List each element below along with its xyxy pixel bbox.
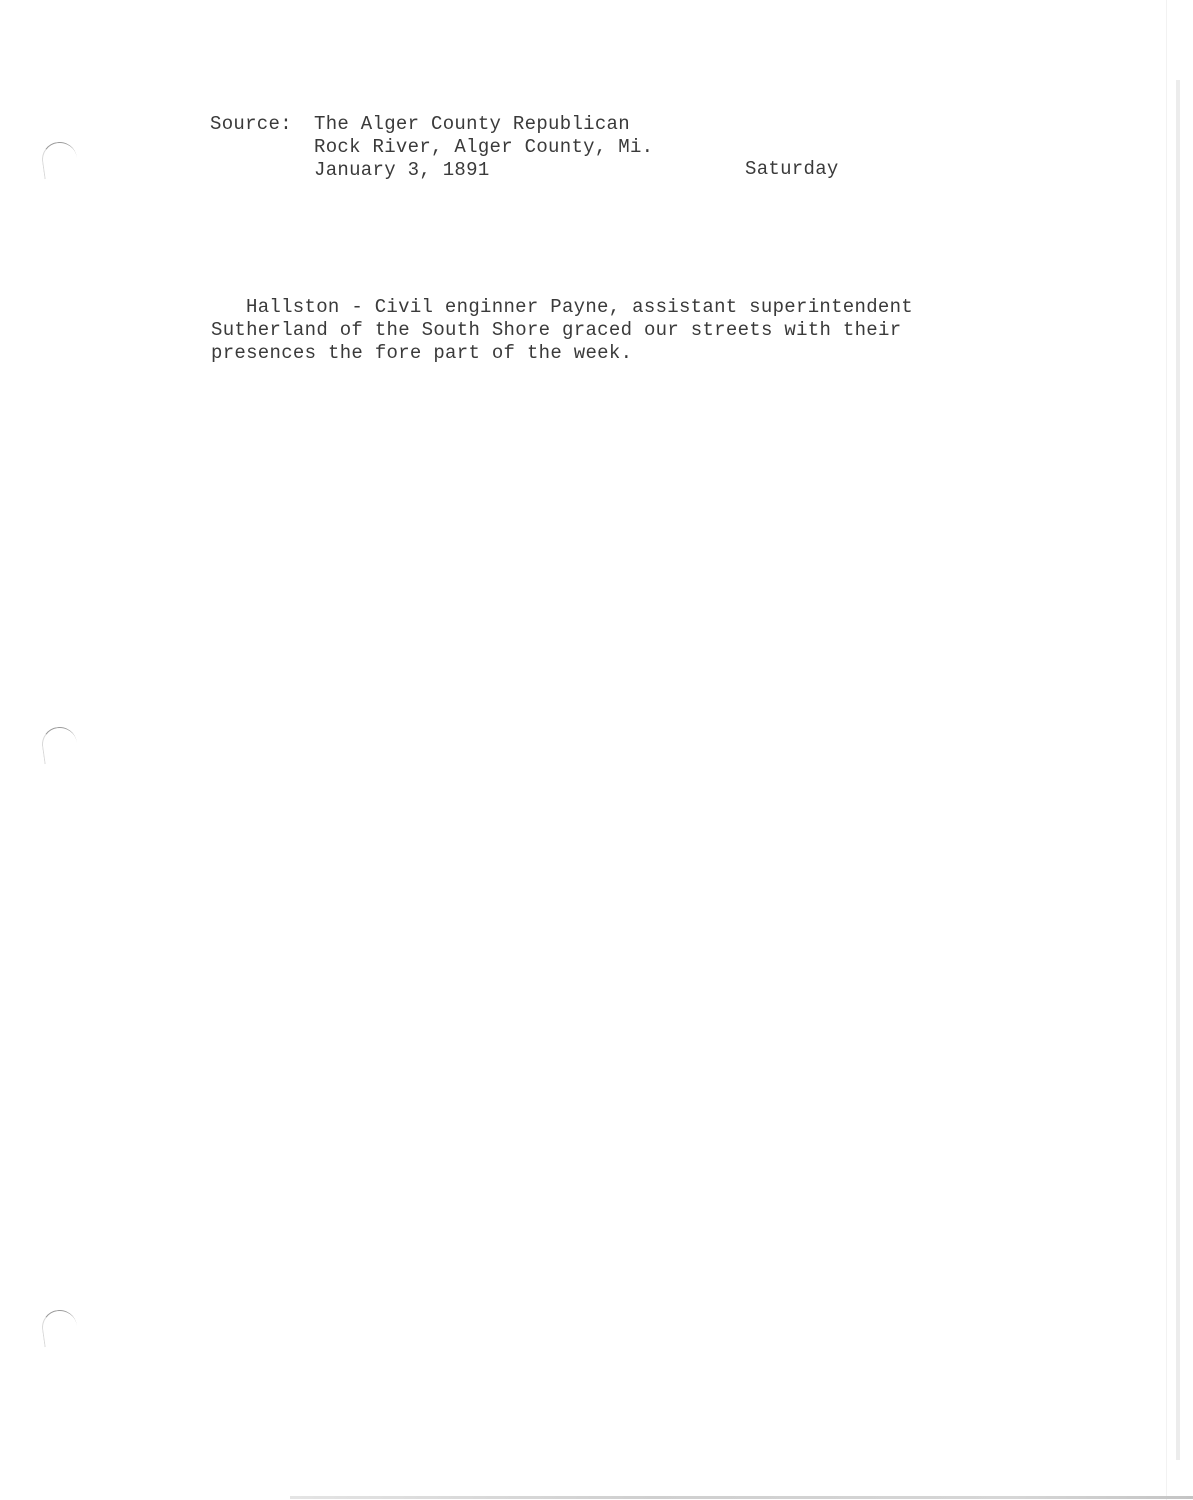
- scanned-page: Source: The Alger County Republican Rock…: [0, 0, 1193, 1500]
- punch-hole-icon: [40, 725, 80, 765]
- article-line: Sutherland of the South Shore graced our…: [211, 319, 913, 342]
- article-body: Hallston - Civil enginner Payne, assista…: [211, 296, 913, 365]
- article-line: presences the fore part of the week.: [211, 342, 913, 365]
- article-line-text: Hallston - Civil enginner Payne, assista…: [246, 296, 913, 318]
- page-edge-shadow: [1166, 0, 1167, 1500]
- source-day: Saturday: [745, 158, 839, 181]
- source-publication: The Alger County Republican: [314, 113, 653, 136]
- page-bottom-edge: [290, 1496, 1193, 1499]
- source-label: Source:: [210, 113, 292, 136]
- article-line: Hallston - Civil enginner Payne, assista…: [211, 296, 913, 319]
- page-edge-shadow: [1176, 80, 1180, 1460]
- source-location: Rock River, Alger County, Mi.: [314, 136, 653, 159]
- source-date: January 3, 1891: [314, 159, 653, 182]
- punch-hole-icon: [40, 1308, 80, 1348]
- punch-hole-icon: [40, 140, 80, 180]
